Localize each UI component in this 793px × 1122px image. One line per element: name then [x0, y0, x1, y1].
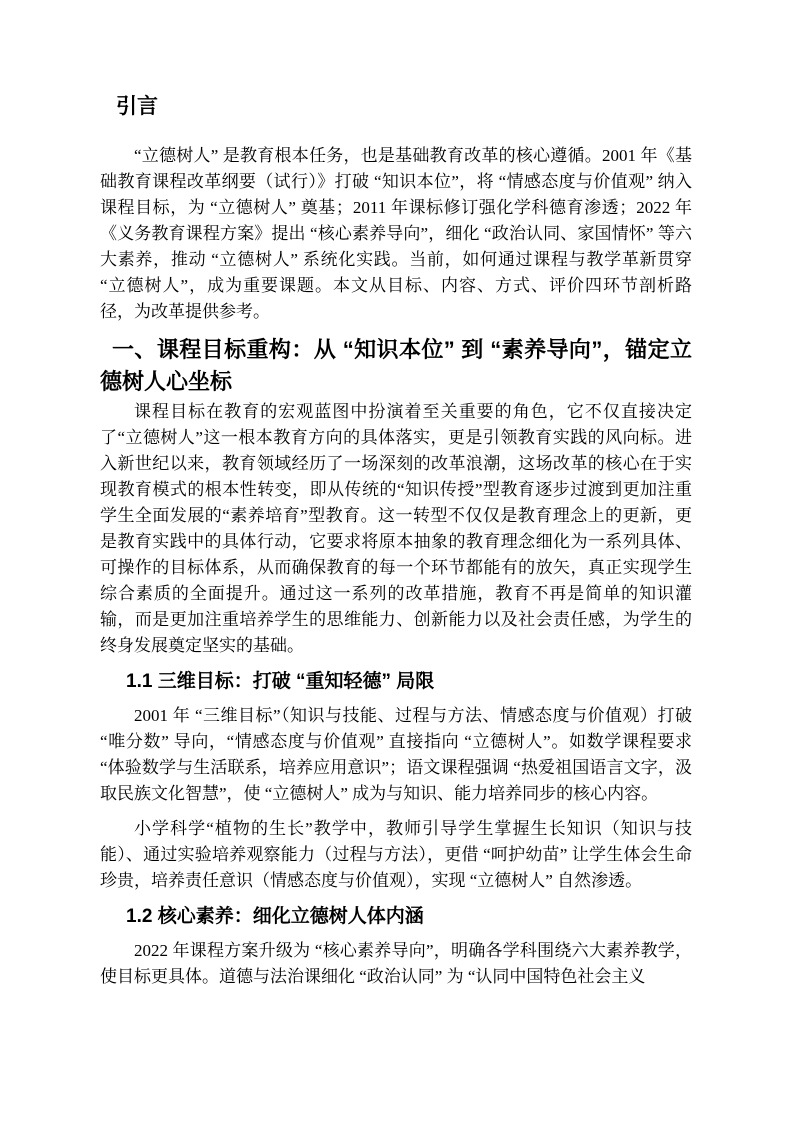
document-content: 引言 “立德树人” 是教育根本任务，也是基础教育改革的核心遵循。2001 年《基…: [100, 93, 692, 999]
section1-2-paragraph: 2022 年课程方案升级为 “核心素养导向”，明确各学科围绕六大素养教学，使目标…: [100, 938, 692, 990]
intro-paragraph: “立德树人” 是教育根本任务，也是基础教育改革的核心遵循。2001 年《基础教育…: [100, 143, 692, 325]
document-page: 引言 “立德树人” 是教育根本任务，也是基础教育改革的核心遵循。2001 年《基…: [0, 0, 793, 1122]
section1-1-paragraph-2: 小学科学“植物的生长”教学中，教师引导学生掌握生长知识（知识与技能）、通过实验培…: [100, 816, 692, 894]
section1-1-heading: 1.1 三维目标：打破 “重知轻德” 局限: [126, 668, 692, 695]
section1-paragraph: 课程目标在教育的宏观蓝图中扮演着至关重要的角色，它不仅直接决定了“立德树人”这一…: [100, 399, 692, 659]
section1-heading: 一、课程目标重构：从 “知识本位” 到 “素养导向”，锚定立德树人心坐标: [100, 334, 692, 398]
section1-2-heading: 1.2 核心素养：细化立德树人体内涵: [126, 903, 692, 930]
section1-1-paragraph-1: 2001 年 “三维目标”（知识与技能、过程与方法、情感态度与价值观）打破 “唯…: [100, 703, 692, 807]
intro-heading: 引言: [116, 93, 692, 120]
